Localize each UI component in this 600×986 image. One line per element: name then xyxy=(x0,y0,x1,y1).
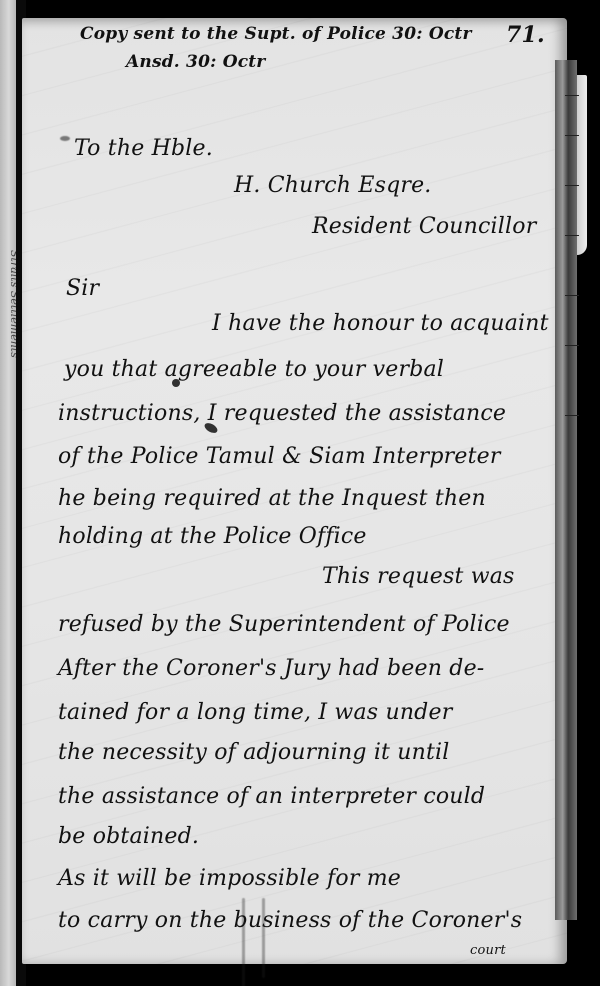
body-line-2: you that agreeable to your verbal xyxy=(64,357,444,382)
ruled-edge-ticks xyxy=(565,70,579,430)
body-line-9: After the Coroner's Jury had been de- xyxy=(58,656,484,681)
body-line-3: instructions, I requested the assistance xyxy=(58,401,506,426)
address-title: Resident Councillor xyxy=(312,214,536,239)
body-line-15: to carry on the business of the Coroner'… xyxy=(58,908,522,933)
body-line-5: he being required at the Inquest then xyxy=(58,486,486,511)
body-line-6: holding at the Police Office xyxy=(58,524,367,549)
body-line-1: I have the honour to acquaint xyxy=(212,311,549,336)
body-line-12: the assistance of an interpreter could xyxy=(58,784,485,809)
manuscript-page: Copy sent to the Supt. of Police 30: Oct… xyxy=(22,18,567,964)
margin-note-line-2: Ansd. 30: Octr xyxy=(126,52,265,72)
margin-note-line-1: Copy sent to the Supt. of Police 30: Oct… xyxy=(80,24,472,44)
body-line-4: of the Police Tamul & Siam Interpreter xyxy=(58,444,501,469)
body-line-8: refused by the Superintendent of Police xyxy=(58,612,510,637)
ink-blot xyxy=(172,379,180,387)
body-line-11: the necessity of adjourning it until xyxy=(58,740,450,765)
body-line-10: tained for a long time, I was under xyxy=(58,700,452,725)
page-number: 71. xyxy=(506,22,545,48)
bleed-through-marks xyxy=(242,898,245,986)
catchword: court xyxy=(470,943,506,958)
salutation: Sir xyxy=(66,276,99,301)
body-line-14: As it will be impossible for me xyxy=(58,866,401,891)
body-line-7: This request was xyxy=(322,564,515,589)
address-to: To the Hble. xyxy=(74,136,213,161)
bleed-through-marks xyxy=(262,898,265,978)
ink-smudge xyxy=(60,136,70,141)
address-name: H. Church Esqre. xyxy=(234,173,432,198)
body-line-13: be obtained. xyxy=(58,824,199,849)
